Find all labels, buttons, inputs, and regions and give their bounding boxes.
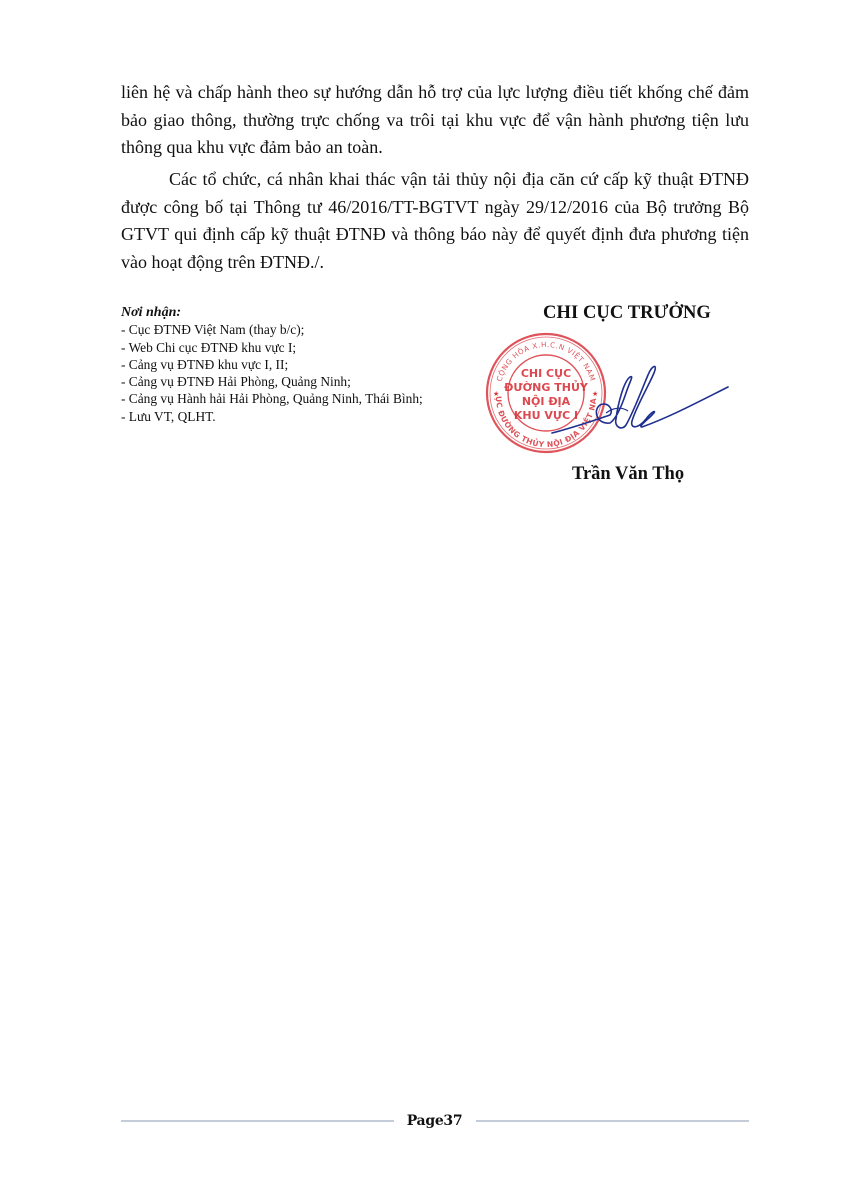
page-footer: Page37 [121, 1110, 749, 1132]
recipients-heading: Nơi nhận: [121, 304, 501, 321]
recipient-item: - Cục ĐTNĐ Việt Nam (thay b/c); [121, 321, 501, 338]
footer-rule-right [476, 1120, 749, 1122]
recipients-list: - Cục ĐTNĐ Việt Nam (thay b/c); - Web Ch… [121, 321, 501, 425]
recipients-block: Nơi nhận: - Cục ĐTNĐ Việt Nam (thay b/c)… [121, 304, 501, 425]
recipient-item: - Cảng vụ Hành hải Hải Phòng, Quảng Ninh… [121, 390, 501, 407]
handwritten-signature-icon [530, 355, 740, 450]
recipient-item: - Web Chi cục ĐTNĐ khu vực I; [121, 339, 501, 356]
footer-rule-left [121, 1120, 394, 1122]
signatory-title: CHI CỤC TRƯỞNG [543, 303, 711, 324]
svg-text:★: ★ [493, 390, 499, 398]
signatory-name: Trần Văn Thọ [572, 464, 684, 485]
page-number: Page37 [394, 1113, 477, 1129]
body-paragraph-1: liên hệ và chấp hành theo sự hướng dẫn h… [121, 79, 749, 162]
recipient-item: - Lưu VT, QLHT. [121, 408, 501, 425]
recipient-item: - Cảng vụ ĐTNĐ Hải Phòng, Quảng Ninh; [121, 373, 501, 390]
body-paragraph-2: Các tổ chức, cá nhân khai thác vận tải t… [121, 166, 749, 276]
recipient-item: - Cảng vụ ĐTNĐ khu vực I, II; [121, 356, 501, 373]
